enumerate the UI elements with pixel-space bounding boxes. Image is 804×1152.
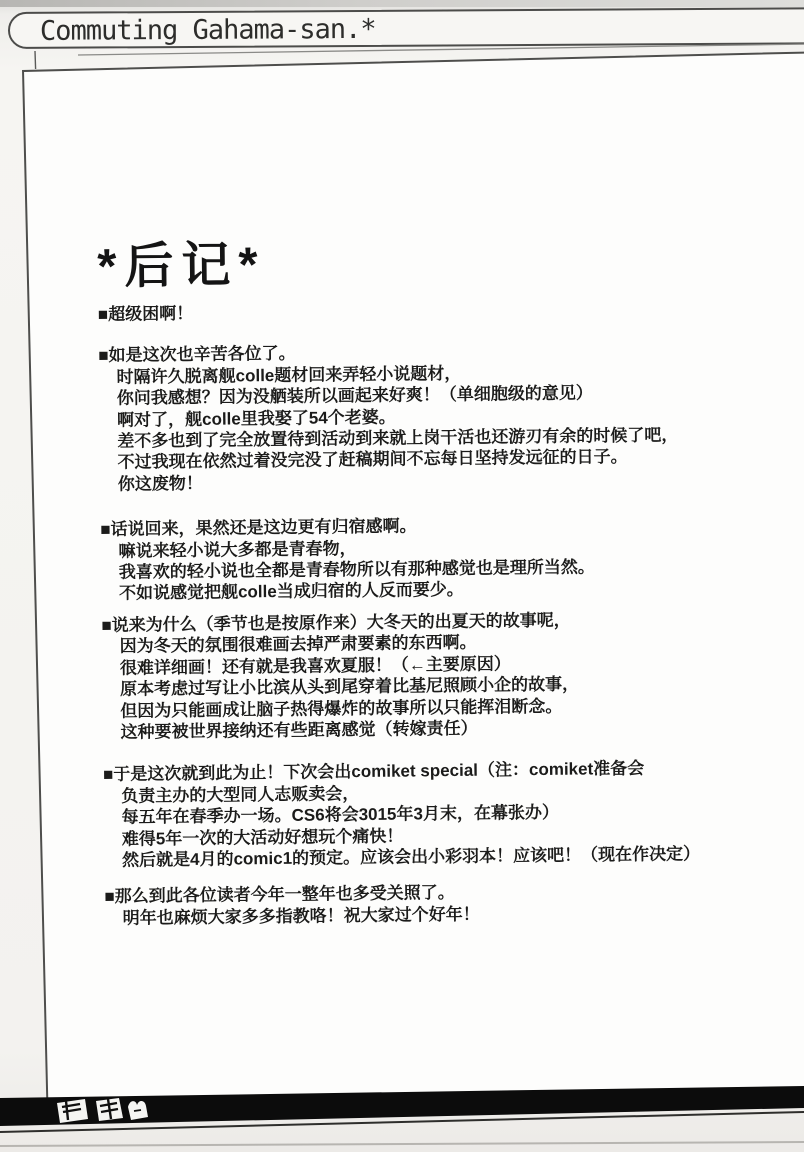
paragraph-2: ■如是这次也辛苦各位了。 时隔许久脱离舰colle题材回来弄轻小说题材， 你问我… [98,338,760,495]
afterword-content: *后记* ■超级困啊！ ■如是这次也辛苦各位了。 时隔许久脱离舰colle题材回… [97,231,765,930]
paragraph-5: ■于是这次就到此为止！下次会出comiket special（注：comiket… [103,757,764,872]
paragraph-3: ■话说回来，果然还是这边更有归宿感啊。 嘛说来轻小说大多都是青春物， 我喜欢的轻… [100,512,761,605]
paragraph-1: ■超级困啊！ [98,297,758,326]
cutoff-glyph-icon [57,1098,148,1123]
scanned-comic-page: Commuting Gahama-san.* *后记* ■超级困啊！ ■如是这次… [0,0,804,1152]
paragraph-6: ■那么到此各位读者今年一整年也多受关照了。 明年也麻烦大家多多指教咯！祝大家过个… [104,879,764,929]
footer-rule-light [0,1142,804,1146]
text-line: ■超级困啊！ [98,297,758,326]
afterword-title: *后记* [97,231,758,296]
paragraph-4: ■说来为什么（季节也是按原作来）大冬天的出夏天的故事呢， 因为冬天的氛围很难画去… [101,607,762,743]
top-double-line [78,44,804,55]
header-connector-line [35,51,36,69]
